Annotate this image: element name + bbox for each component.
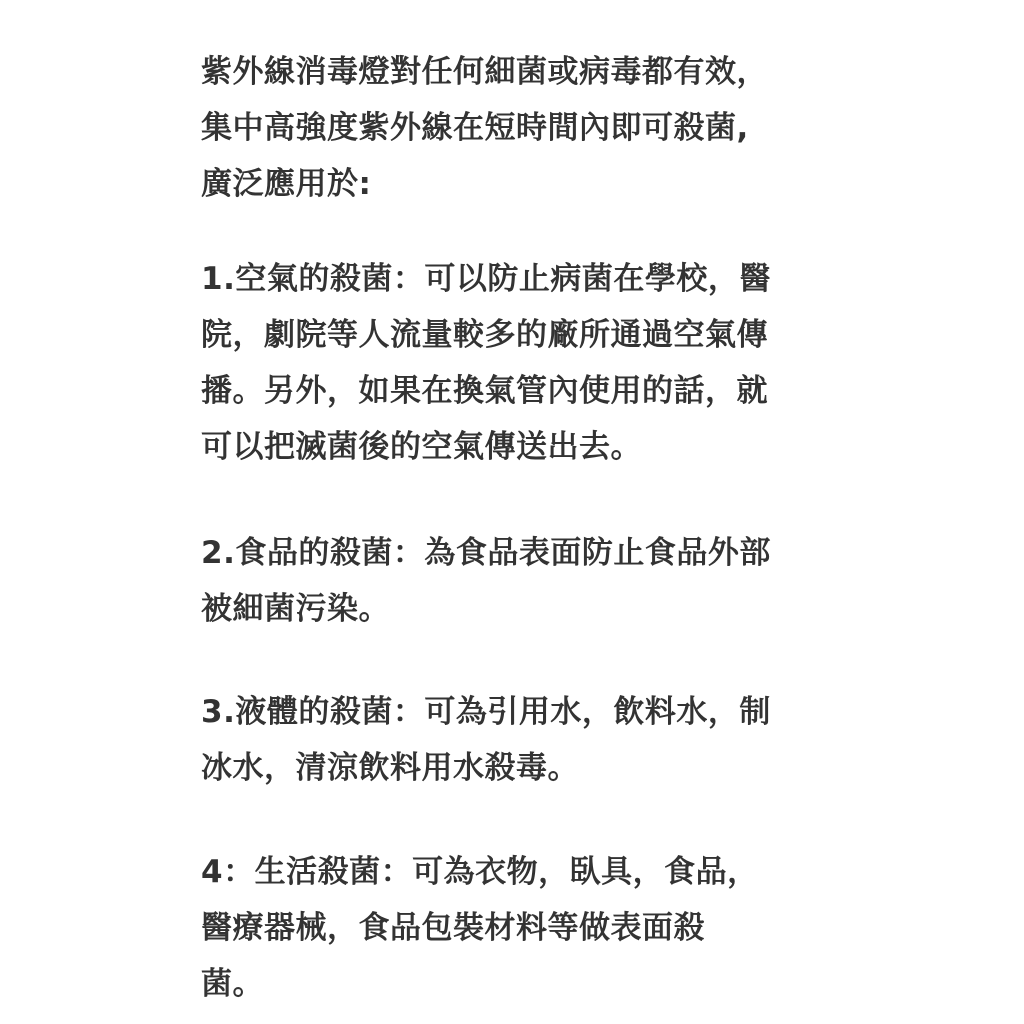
item-daily-sterilization: 4：生活殺菌：可為衣物，臥具，食品， 醫療器械，食品包裝材料等做表面殺 菌。	[201, 844, 759, 1012]
intro-line: 集中高強度紫外線在短時間內即可殺菌,	[201, 100, 768, 156]
item-line: 可以把滅菌後的空氣傳送出去。	[201, 419, 771, 475]
item-line: 3.液體的殺菌：可為引用水，飲料水，制	[201, 684, 771, 740]
intro-line: 廣泛應用於:	[201, 156, 768, 212]
item-food-sterilization: 2.食品的殺菌：為食品表面防止食品外部 被細菌污染。	[201, 525, 771, 637]
item-liquid-sterilization: 3.液體的殺菌：可為引用水，飲料水，制 冰水，清涼飲料用水殺毒。	[201, 684, 771, 796]
item-line: 菌。	[201, 956, 759, 1012]
intro-line: 紫外線消毒燈對任何細菌或病毒都有效，	[201, 44, 768, 100]
item-line: 播。另外，如果在換氣管內使用的話，就	[201, 363, 771, 419]
item-line: 院，劇院等人流量較多的廠所通過空氣傳	[201, 307, 771, 363]
item-line: 2.食品的殺菌：為食品表面防止食品外部	[201, 525, 771, 581]
item-line: 1.空氣的殺菌：可以防止病菌在學校，醫	[201, 251, 771, 307]
item-air-sterilization: 1.空氣的殺菌：可以防止病菌在學校，醫 院，劇院等人流量較多的廠所通過空氣傳 播…	[201, 251, 771, 475]
item-line: 冰水，清涼飲料用水殺毒。	[201, 740, 771, 796]
item-line: 4：生活殺菌：可為衣物，臥具，食品，	[201, 844, 759, 900]
intro-paragraph: 紫外線消毒燈對任何細菌或病毒都有效， 集中高強度紫外線在短時間內即可殺菌, 廣泛…	[201, 44, 768, 212]
item-line: 醫療器械，食品包裝材料等做表面殺	[201, 900, 759, 956]
item-line: 被細菌污染。	[201, 581, 771, 637]
